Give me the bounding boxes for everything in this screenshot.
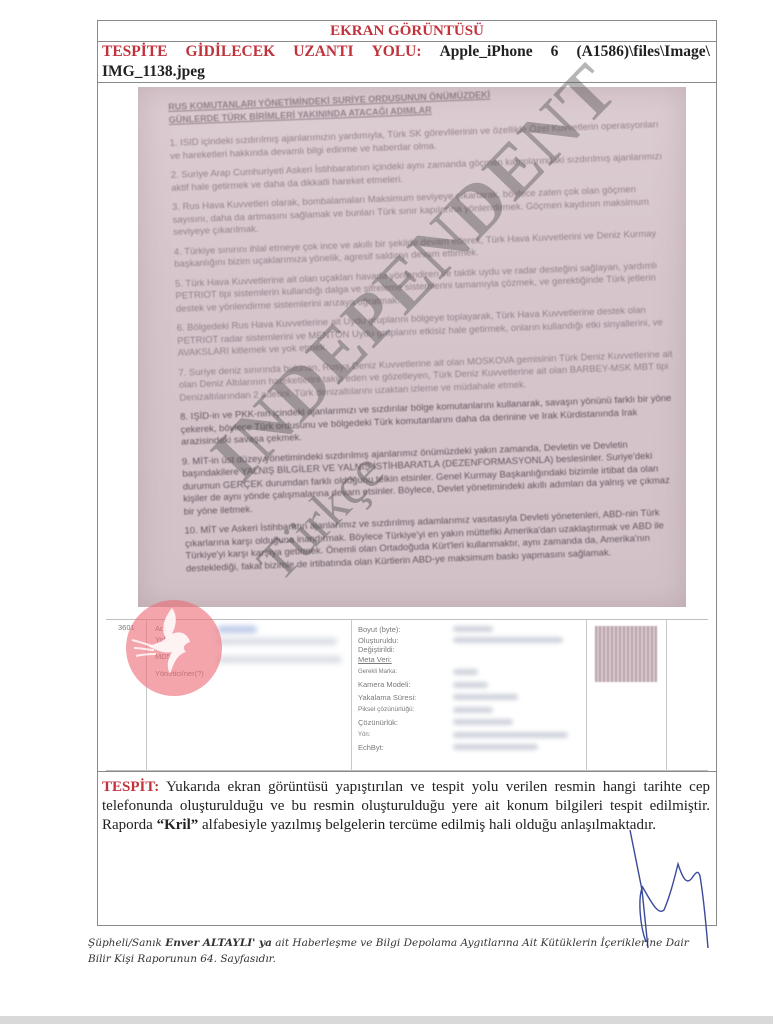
table-empty-cell (666, 620, 709, 770)
redacted-value (453, 744, 538, 750)
bird-icon (126, 600, 222, 696)
page-title: EKRAN GÖRÜNTÜSÜ (98, 21, 716, 42)
table-label: Çözünürlük: (358, 718, 453, 727)
viewer-bottom-bar (0, 1016, 773, 1024)
redacted-value (217, 638, 337, 645)
independent-turkce-logo (126, 600, 222, 696)
redacted-value (453, 637, 563, 643)
table-thumbnail-cell (586, 620, 667, 770)
path-value-word: 6 (551, 42, 559, 62)
redacted-value (217, 656, 342, 663)
redacted-value (453, 719, 513, 725)
footer-subject-name: Enver ALTAYLI' ya (165, 937, 272, 949)
image-thumbnail (595, 626, 657, 682)
path-label-word: YOLU: (372, 42, 422, 62)
redacted-value (453, 732, 568, 738)
tespit-bold-term: “Kril” (157, 817, 199, 833)
signature (620, 830, 710, 950)
table-metadata-cell: Boyut (byte): Oluşturuldu: Değiştirildi:… (351, 620, 586, 770)
table-label: Yön: (358, 732, 453, 738)
table-label: Kamera Modeli: (358, 680, 453, 689)
embedded-document-photo: RUS KOMUTANLARI YÖNETİMİNDEKİ SURİYE ORD… (138, 87, 686, 607)
path-value-word: (A1586)\files\Image\ (576, 42, 709, 62)
footer-text: Şüpheli/Sanık (88, 937, 165, 949)
photo-heading: RUS KOMUTANLARI YÖNETİMİNDEKİ SURİYE ORD… (168, 87, 669, 126)
path-label-word: UZANTI (293, 42, 353, 62)
redacted-value (453, 694, 518, 700)
redacted-value (217, 626, 257, 633)
table-label: Boyut (byte): (358, 625, 453, 634)
table-label: Piksel çözünürlüğü: (358, 706, 453, 713)
table-label: Gerekli Marka: (358, 669, 453, 675)
file-path-row: TESPİTE GİDİLECEK UZANTI YOLU: Apple_iPh… (98, 41, 716, 83)
photo-paragraph: 9. MİT-in üst düzey yönetimindeki sızdır… (182, 437, 684, 519)
path-label-word: GİDİLECEK (186, 42, 276, 62)
table-label: Yakalama Süresi: (358, 693, 453, 702)
path-value-word: Apple_iPhone (440, 42, 533, 62)
redacted-value (453, 669, 478, 675)
page-footer: Şüpheli/Sanık Enver ALTAYLI' ya ait Habe… (88, 935, 708, 967)
path-value-filename: IMG_1138.jpeg (102, 62, 710, 82)
table-label: EchByt: (358, 743, 453, 752)
table-label: Oluşturuldu: (358, 636, 453, 645)
table-label: Değiştirildi: (358, 645, 453, 654)
redacted-value (453, 626, 493, 632)
tespit-label: TESPİT: (102, 779, 159, 795)
path-label-word: TESPİTE (102, 42, 167, 62)
table-label: Meta Veri: (358, 655, 453, 664)
report-frame: EKRAN GÖRÜNTÜSÜ TESPİTE GİDİLECEK UZANTI… (97, 20, 717, 926)
tespit-paragraph: TESPİT: Yukarıda ekran görüntüsü yapıştı… (98, 771, 716, 835)
photo-paragraph: 10. MİT ve Askeri İstihbaratın ajanlarım… (184, 506, 686, 575)
redacted-value (453, 707, 493, 713)
photo-document-text: RUS KOMUTANLARI YÖNETİMİNDEKİ SURİYE ORD… (168, 87, 686, 583)
redacted-value (453, 682, 488, 688)
tespit-text: alfabesiyle yazılmış belgelerin tercüme … (198, 817, 656, 833)
